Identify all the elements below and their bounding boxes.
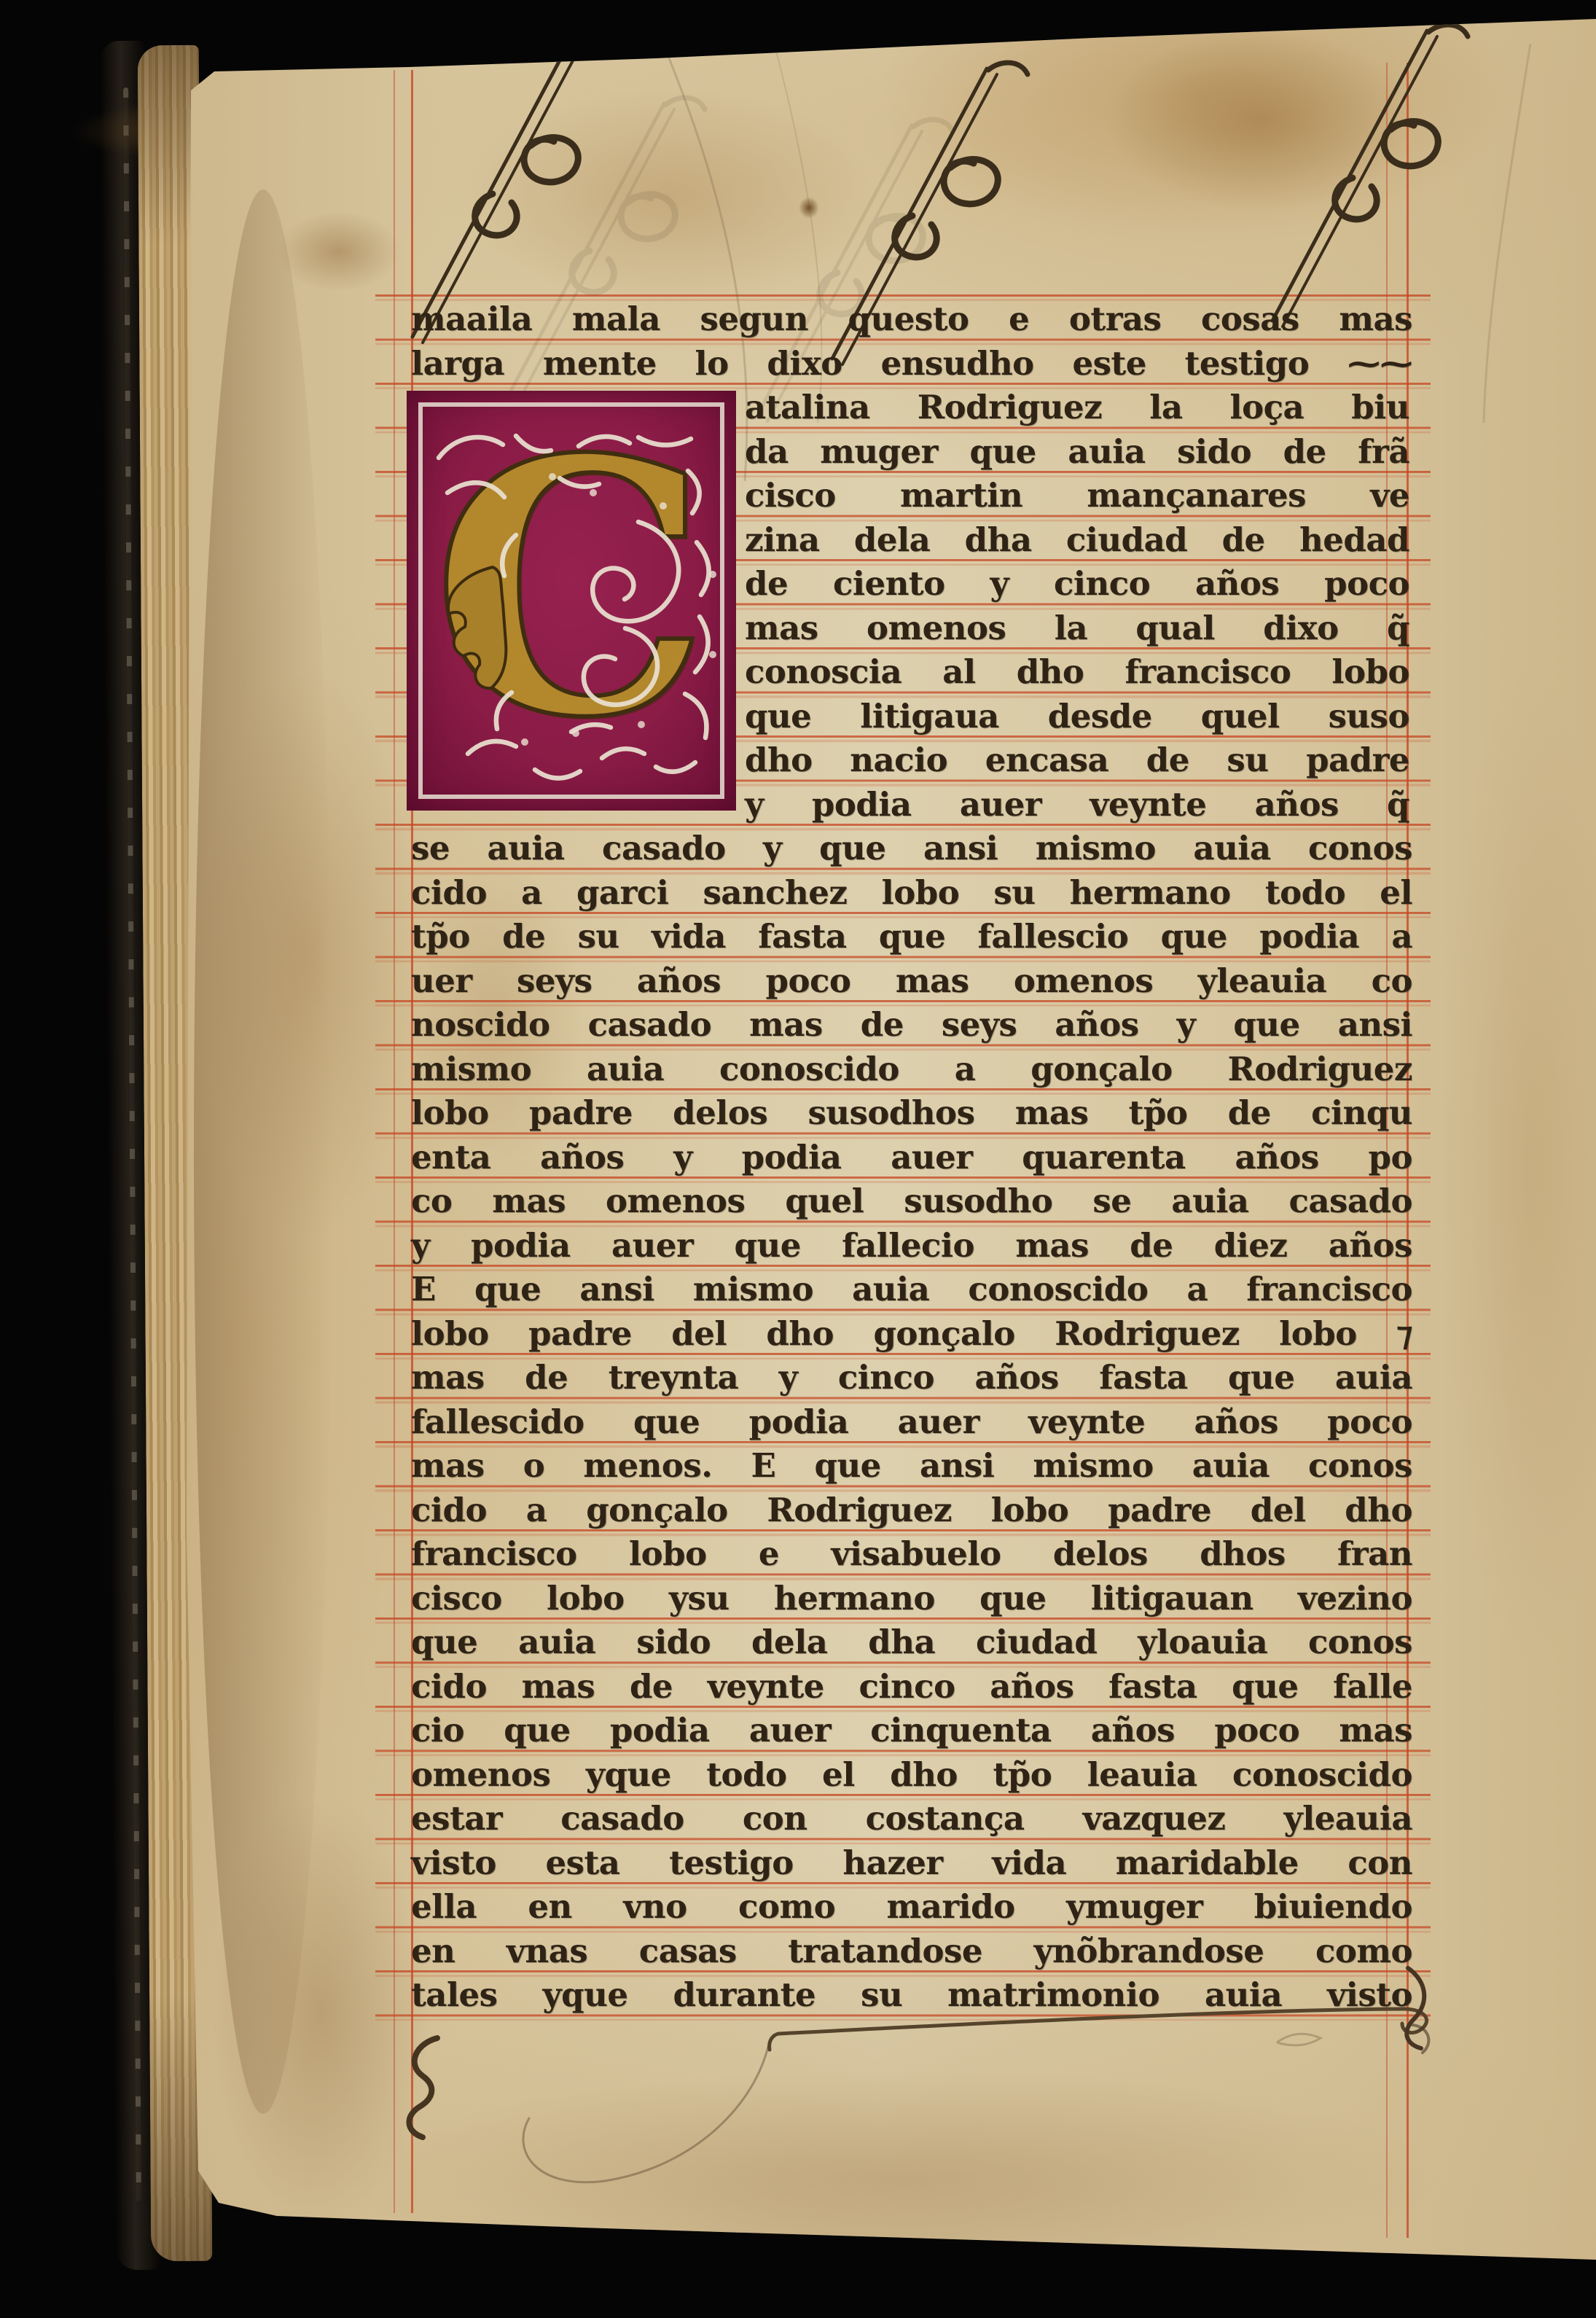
- manuscript-text-line: larga mente lo dixo ensudho este testigo…: [411, 344, 1412, 385]
- manuscript-text-line: E que ansi mismo auia conoscido a franci…: [411, 1270, 1412, 1311]
- manuscript-text-line: que auia sido dela dha ciudad yloauia co…: [411, 1623, 1412, 1663]
- parchment-stain: [466, 87, 875, 306]
- manuscript-text-line: mas o menos. E que ansi mismo auia conos: [411, 1446, 1412, 1487]
- manuscript-text-line: cisco lobo ysu hermano que litigauan vez…: [411, 1579, 1412, 1620]
- margin-rule-left-outer: [394, 70, 395, 2213]
- manuscript-text-line: atalina Rodriguez la loça biu: [745, 388, 1409, 429]
- manuscript-text-line: enta años y podia auer quarenta años po: [411, 1138, 1412, 1179]
- parchment-stain: [350, 2070, 1443, 2289]
- manuscript-text-line: lobo padre delos susodhos mas tp̃o de ci…: [411, 1093, 1412, 1134]
- manuscript-photo: C: [0, 0, 1596, 2318]
- manuscript-text-line: visto esta testigo hazer vida maridable …: [411, 1843, 1412, 1884]
- manuscript-text-line: conoscia al dho francisco lobo: [745, 652, 1409, 693]
- illuminated-initial: C: [407, 391, 736, 811]
- initial-acanthus-leaf: [448, 567, 506, 688]
- manuscript-text-line: ella en vno como marido ymuger biuiendo: [411, 1887, 1412, 1928]
- manuscript-text-line: cido a garci sanchez lobo su hermano tod…: [411, 873, 1412, 914]
- manuscript-text-line: cio que podia auer cinquenta años poco m…: [411, 1711, 1412, 1752]
- manuscript-text-line: estar casado con costança vazquez yleaui…: [411, 1799, 1412, 1840]
- manuscript-text-line: cido a gonçalo Rodriguez lobo padre del …: [411, 1491, 1412, 1531]
- manuscript-text-line: tales yque durante su matrimonio auia vi…: [411, 1975, 1412, 2016]
- manuscript-text-line: mas omenos la qual dixo q̃: [745, 609, 1409, 649]
- manuscript-text-line: zina dela dha ciudad de hedad: [745, 520, 1409, 561]
- manuscript-text-line: dho nacio encasa de su padre: [745, 741, 1409, 781]
- manuscript-text-line: uer seys años poco mas omenos yleauia co: [411, 961, 1412, 1002]
- manuscript-text-line: cisco martin mançanares ve: [745, 476, 1409, 517]
- parchment-stain: [1108, 29, 1414, 211]
- manuscript-text-line: que litigaua desde quel suso: [745, 697, 1409, 738]
- parchment-page: C: [0, 0, 1596, 2318]
- manuscript-text-line: lobo padre del dho gonçalo Rodriguez lob…: [411, 1314, 1412, 1355]
- manuscript-text-line: se auia casado y que ansi mismo auia con…: [411, 829, 1412, 870]
- manuscript-text-line: francisco lobo e visabuelo delos dhos fr…: [411, 1534, 1412, 1575]
- manuscript-text-line: maaila mala segun questo e otras cosas m…: [411, 300, 1412, 340]
- initial-filigree: [407, 391, 736, 811]
- manuscript-text-line: co mas omenos quel susodho se auia casad…: [411, 1182, 1412, 1222]
- manuscript-text-line: cido mas de veynte cinco años fasta que …: [411, 1667, 1412, 1708]
- manuscript-text-line: en vnas casas tratandose ynõbrandose com…: [411, 1932, 1412, 1972]
- ghost-squiggle: [1277, 2034, 1321, 2045]
- manuscript-text-line: mismo auia conoscido a gonçalo Rodriguez: [411, 1050, 1412, 1090]
- ink-spot: [799, 197, 819, 219]
- manuscript-text-line: da muger que auia sido de frã: [745, 432, 1409, 473]
- parchment-stain: [277, 211, 401, 292]
- manuscript-text-line: de ciento y cinco años poco: [745, 564, 1409, 605]
- parchment-stain: [1443, 656, 1596, 1677]
- manuscript-text-line: noscido casado mas de seys años y que an…: [411, 1005, 1412, 1046]
- manuscript-text-line: mas de treynta y cinco años fasta que au…: [411, 1358, 1412, 1399]
- small-hook-mark: [1412, 2025, 1428, 2053]
- manuscript-text-line: y podia auer que fallecio mas de diez añ…: [411, 1226, 1412, 1267]
- manuscript-text-line: y podia auer veynte años q̃: [745, 785, 1409, 826]
- parchment-crease: [1484, 44, 1530, 423]
- manuscript-text-line: omenos yque todo el dho tp̃o leauia cono…: [411, 1755, 1412, 1796]
- manuscript-text-line: fallescido que podia auer veynte años po…: [411, 1402, 1412, 1443]
- manuscript-text-line: tp̃o de su vida fasta que fallescio que …: [411, 917, 1412, 958]
